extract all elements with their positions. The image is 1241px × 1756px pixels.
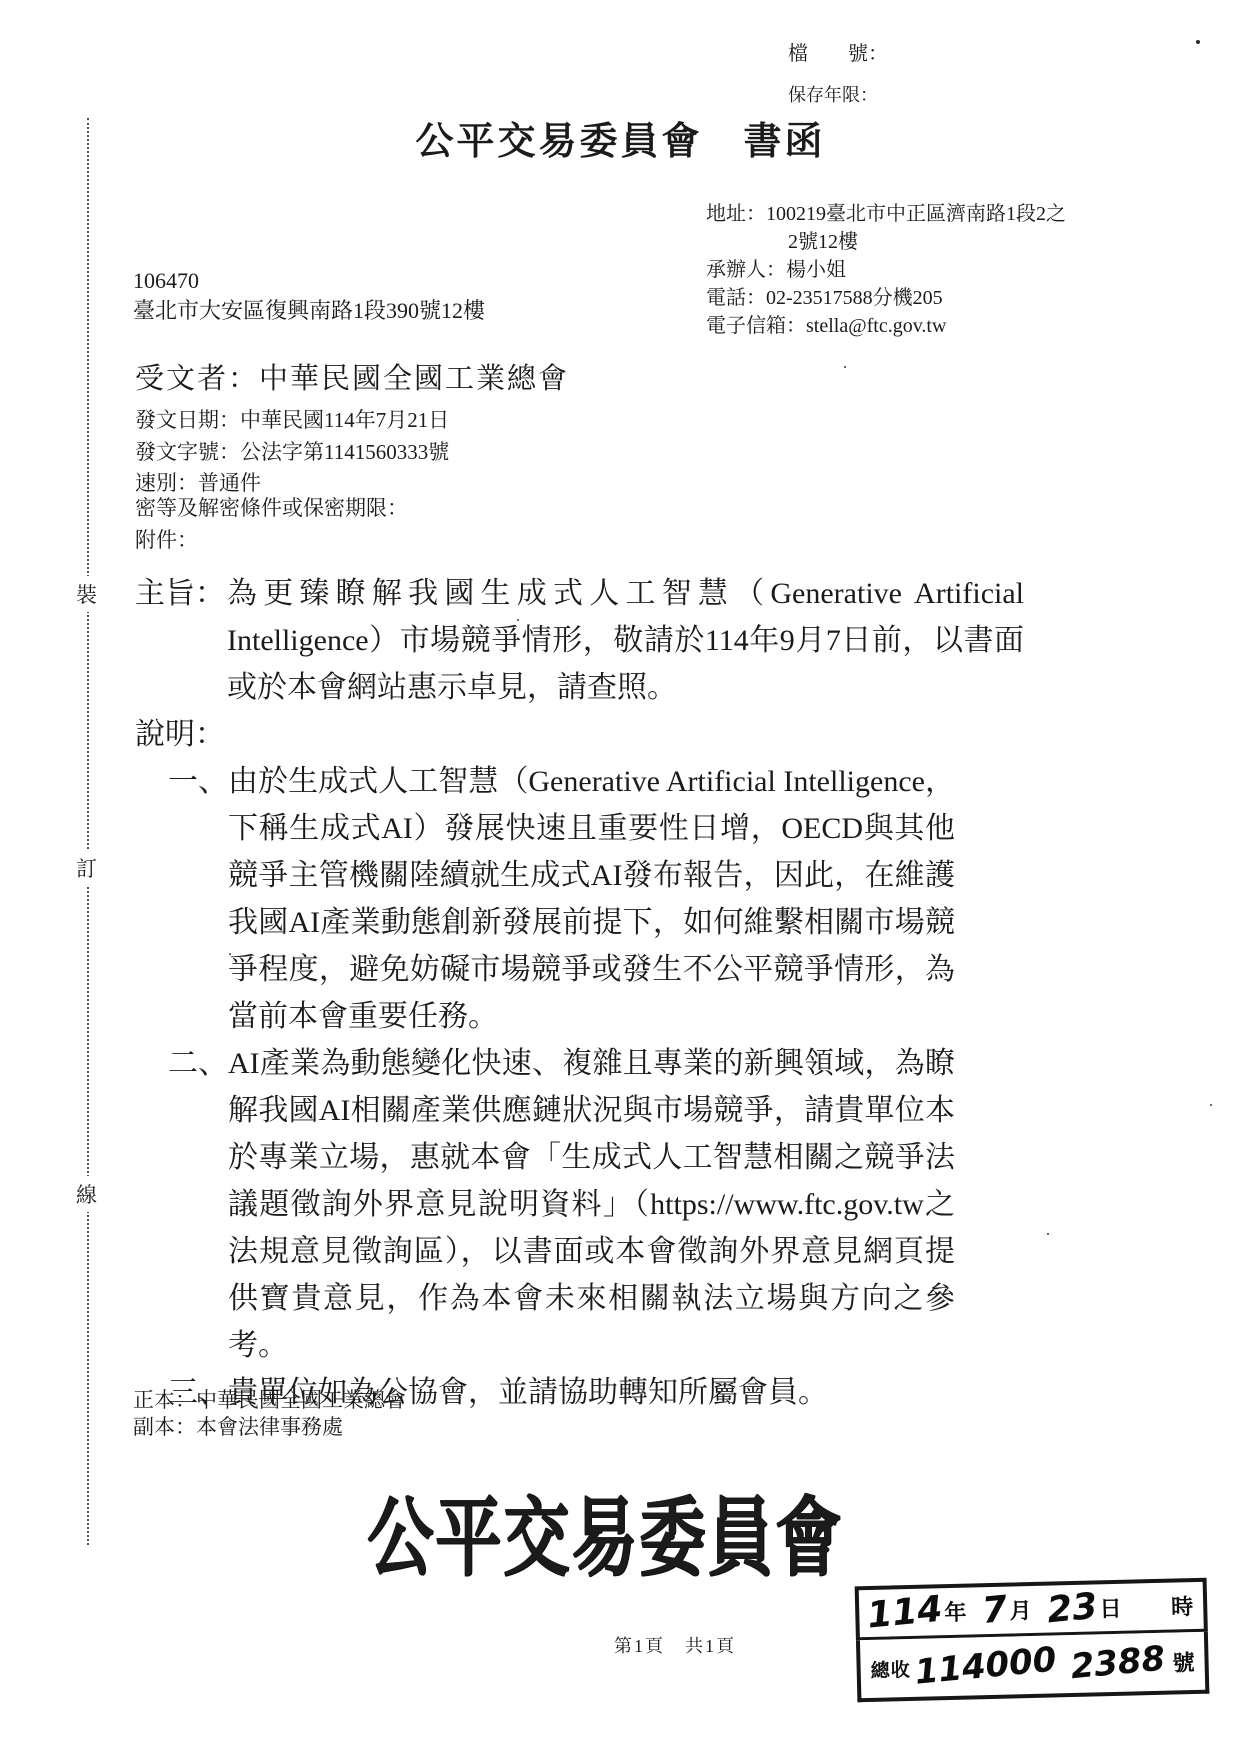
attachment-line: 附件： xyxy=(135,524,198,554)
file-number-label: 檔 號： xyxy=(788,42,888,66)
stamp-year-value: 114 xyxy=(866,1591,944,1634)
stamp-serial-row: 總收 114000 2388 號 xyxy=(856,1632,1209,1703)
explanation-item-1: 一、 由於生成式人工智慧（Generative Artificial Intel… xyxy=(168,758,955,1040)
issue-date-line: 發文日期：中華民國114年7月21日 xyxy=(135,404,449,434)
stamp-month-value: 7 xyxy=(981,1591,1009,1629)
binding-mark-ding: 訂 xyxy=(76,850,97,886)
agency-calligraphy-signature: 公平交易委員會 xyxy=(360,1468,850,1592)
recipient-zip: 106470 xyxy=(133,266,485,296)
sender-address-line1: 地址：100219臺北市中正區濟南路1段2之 xyxy=(706,200,1186,228)
binding-dotted-line xyxy=(87,118,89,1545)
sender-address-line2: 2號12樓 xyxy=(706,228,1186,256)
scanned-letter-page: 檔 號： 保存年限： 公平交易委員會 書函 地址：100219臺北市中正區濟南路… xyxy=(0,0,1241,1756)
stamp-hour-label: 時 xyxy=(1171,1590,1194,1622)
subject-text: 為更臻瞭解我國生成式人工智慧（Generative Artificial Int… xyxy=(227,577,1024,704)
file-number-block: 檔 號： 保存年限： xyxy=(788,42,888,107)
item-2-text: AI產業為動態變化快速、複雜且專業的新興領域，為瞭解我國AI相關產業供應鏈狀況與… xyxy=(228,1047,955,1362)
binding-mark-zhuang: 裝 xyxy=(76,576,97,612)
cc-copy-line: 副本：本會法律事務處 xyxy=(133,1411,343,1441)
security-class-line: 密等及解密條件或保密期限： xyxy=(135,492,408,522)
page-number-footer: 第1頁 共1頁 xyxy=(520,1632,830,1658)
retention-period-label: 保存年限： xyxy=(788,83,888,107)
subject-paragraph: 主旨： 為更臻瞭解我國生成式人工智慧（Generative Artificial… xyxy=(135,570,1024,711)
recipient-address-block: 106470 臺北市大安區復興南路1段390號12樓 xyxy=(133,266,485,326)
stamp-date-row: 114 年 7 月 23 日 時 xyxy=(855,1578,1208,1641)
item-1-text: 由於生成式人工智慧（Generative Artificial Intellig… xyxy=(228,765,955,1033)
item-2-number: 二、 xyxy=(168,1040,228,1087)
explanation-label: 說明： xyxy=(135,711,1024,758)
stamp-received-label: 總收 xyxy=(870,1654,911,1682)
recipient-street-address: 臺北市大安區復興南路1段390號12樓 xyxy=(133,296,485,326)
sender-contact-block: 地址：100219臺北市中正區濟南路1段2之 2號12樓 承辦人：楊小姐 電話：… xyxy=(706,200,1186,340)
stamp-number-label: 號 xyxy=(1172,1646,1195,1678)
stamp-month-label: 月 xyxy=(1009,1594,1032,1626)
stamp-day-value: 23 xyxy=(1046,1588,1099,1629)
original-copy-line: 正本：中華民國全國工業總會 xyxy=(133,1384,406,1414)
stamp-serial-number: 2388 xyxy=(1069,1642,1166,1685)
stamp-year-label: 年 xyxy=(944,1596,967,1628)
sender-phone: 電話：02-23517588分機205 xyxy=(706,284,1186,312)
sender-contact-person: 承辦人：楊小姐 xyxy=(706,256,1186,284)
sender-email: 電子信箱：stella@ftc.gov.tw xyxy=(706,312,1186,340)
binding-mark-xian: 線 xyxy=(76,1176,97,1212)
stamp-day-label: 日 xyxy=(1099,1592,1122,1624)
receipt-date-stamp: 114 年 7 月 23 日 時 總收 114000 2388 號 xyxy=(855,1578,1210,1703)
subject-label: 主旨： xyxy=(135,570,225,617)
item-1-number: 一、 xyxy=(168,758,228,805)
document-title: 公平交易委員會 書函 xyxy=(0,110,1241,165)
stamp-received-number: 114000 xyxy=(913,1643,1058,1690)
letter-body: 主旨： 為更臻瞭解我國生成式人工智慧（Generative Artificial… xyxy=(135,570,1024,1416)
scan-noise-dots xyxy=(1196,40,1200,44)
recipient-line: 受文者：中華民國全國工業總會 xyxy=(135,356,569,397)
explanation-item-2: 二、 AI產業為動態變化快速、複雜且專業的新興領域，為瞭解我國AI相關產業供應鏈… xyxy=(168,1040,955,1369)
issue-number-line: 發文字號：公法字第1141560333號 xyxy=(135,436,449,466)
